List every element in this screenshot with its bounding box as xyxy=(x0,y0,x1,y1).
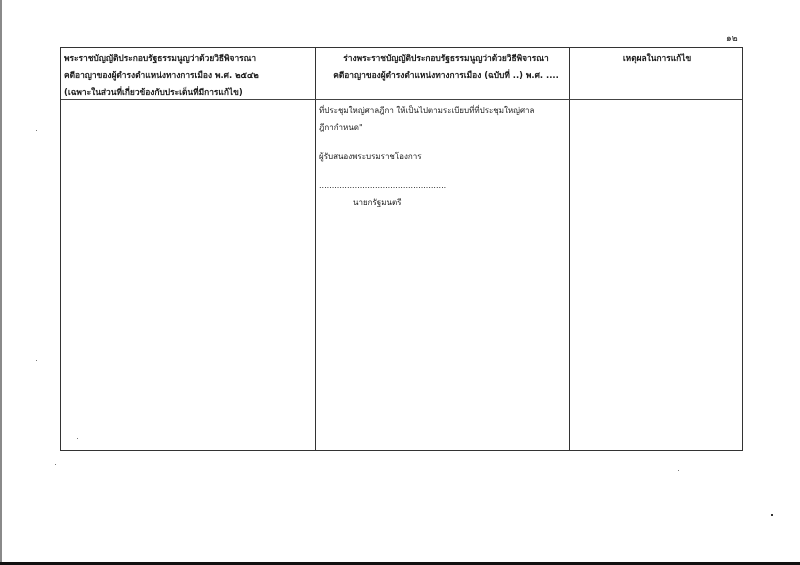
header-draft-law-line: คดีอาญาของผู้ดำรงตำแหน่งทางการเมือง (ฉบั… xyxy=(321,67,571,84)
header-current-law-line: (เฉพาะในส่วนที่เกี่ยวข้องกับประเด็นที่มี… xyxy=(64,84,316,101)
scan-speck xyxy=(36,130,37,131)
page-number: ๑๒ xyxy=(726,31,738,45)
header-draft-law: ร่างพระราชบัญญัติประกอบรัฐธรรมนูญว่าด้วย… xyxy=(321,50,571,84)
draft-paragraph-line: ฎีกากำหนด" xyxy=(319,119,571,136)
header-amendment-reason: เหตุผลในการแก้ไข xyxy=(571,50,743,67)
column-divider-1 xyxy=(315,48,316,450)
signature-line: ........................................… xyxy=(319,177,571,194)
scan-speck xyxy=(55,464,56,465)
comparison-table: พระราชบัญญัติประกอบรัฐธรรมนูญว่าด้วยวิธี… xyxy=(60,47,743,451)
scan-speck xyxy=(678,470,679,471)
header-amendment-reason-line: เหตุผลในการแก้ไข xyxy=(571,50,743,67)
header-draft-law-line: ร่างพระราชบัญญัติประกอบรัฐธรรมนูญว่าด้วย… xyxy=(321,50,571,67)
header-current-law-line: คดีอาญาของผู้ดำรงตำแหน่งทางการเมือง พ.ศ.… xyxy=(64,67,316,84)
header-current-law-line: พระราชบัญญัติประกอบรัฐธรรมนูญว่าด้วยวิธี… xyxy=(64,50,316,67)
scan-speck xyxy=(36,360,37,361)
header-current-law: พระราชบัญญัติประกอบรัฐธรรมนูญว่าด้วยวิธี… xyxy=(64,50,316,101)
draft-paragraph-line: ที่ประชุมใหญ่ศาลฎีกา ให้เป็นไปตามระเบียบ… xyxy=(319,102,571,119)
draft-law-body-cell: ที่ประชุมใหญ่ศาลฎีกา ให้เป็นไปตามระเบียบ… xyxy=(319,102,571,211)
scan-speck xyxy=(771,514,773,516)
scan-speck xyxy=(77,438,78,439)
signatory-title: นายกรัฐมนตรี xyxy=(319,194,571,211)
countersign-text: ผู้รับสนองพระบรมราชโองการ xyxy=(319,148,571,165)
scan-left-edge xyxy=(0,0,2,565)
